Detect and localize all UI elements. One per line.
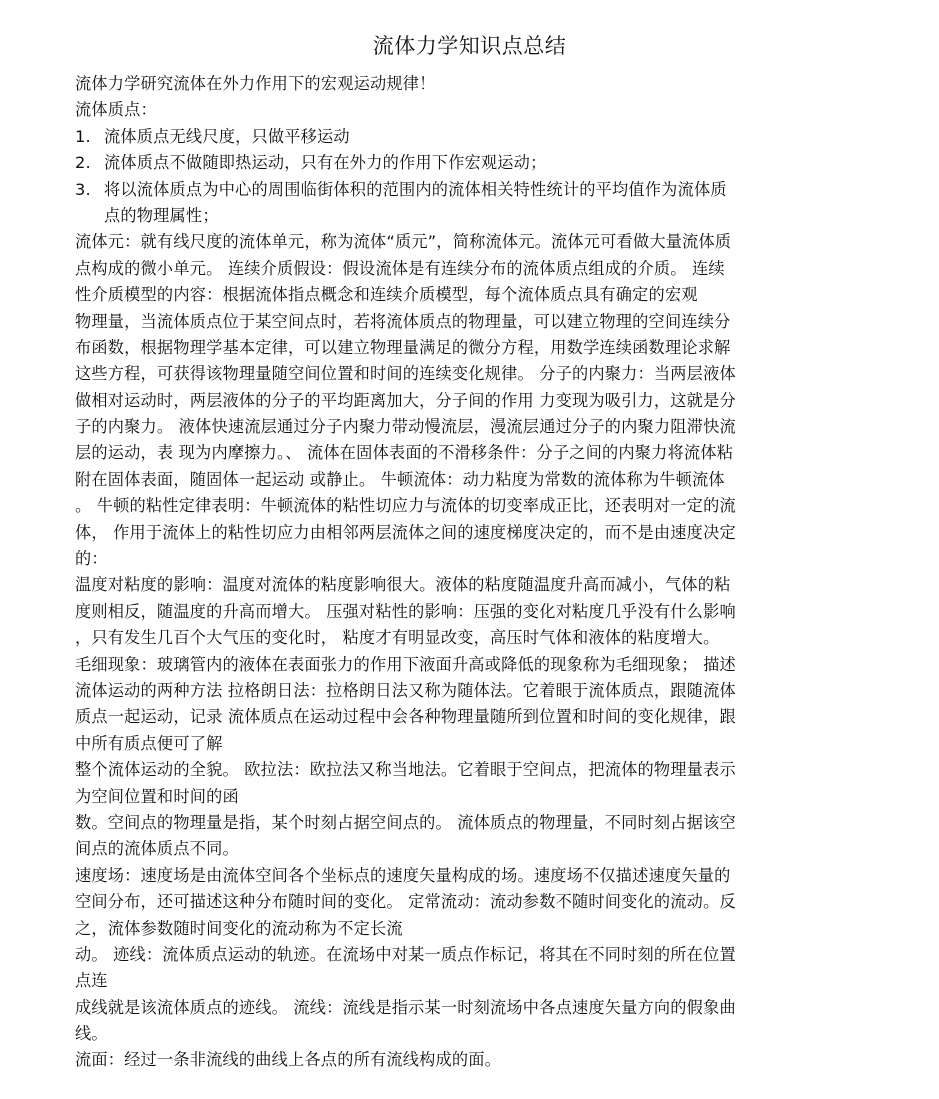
- text-line: 为空间位置和时间的函: [75, 784, 885, 810]
- text-line: 子的内聚力。 液体快速流层通过分子内聚力带动慢流层，漫流层通过分子的内聚力阻滞快…: [75, 414, 885, 440]
- text-line: 的：: [75, 546, 885, 572]
- text-line: 间点的流体质点不同。: [75, 836, 885, 862]
- text-line: 动。 迹线：流体质点运动的轨迹。在流场中对某一质点作标记，将其在不同时刻的所在位…: [75, 942, 885, 968]
- text-line: 点连: [75, 968, 885, 994]
- text-line: 质点一起运动，记录 流体质点在运动过程中会各种物理量随所到位置和时间的变化规律，…: [75, 704, 885, 730]
- text-line: 附在固体表面，随固体一起运动 或静止。 牛顿流体：动力粘度为常数的流体称为牛顿流…: [75, 467, 885, 493]
- text-line: 体， 作用于流体上的粘性切应力由相邻两层流体之间的速度梯度决定的，而不是由速度决…: [75, 520, 885, 546]
- text-line: 整个流体运动的全貌。 欧拉法：欧拉法又称当地法。它着眼于空间点，把流体的物理量表…: [75, 757, 885, 783]
- text-line: ，只有发生几百个大气压的变化时， 粘度才有明显改变，高压时气体和液体的粘度增大。: [75, 625, 885, 651]
- section-heading: 流体质点：: [75, 97, 885, 123]
- intro-line: 流体力学研究流体在外力作用下的宏观运动规律！: [75, 71, 885, 97]
- text-line: 空间分布，还可描述这种分布随时间的变化。 定常流动：流动参数不随时间变化的流动。…: [75, 889, 885, 915]
- list-text: 流体质点不做随即热运动，只有在外力的作用下作宏观运动；: [104, 150, 546, 176]
- text-line: 之，流体参数随时间变化的流动称为不定长流: [75, 916, 885, 942]
- paragraph-lines: 流体元：就有线尺度的流体单元，称为流体“质元”，简称流体元。流体元可看做大量流体…: [75, 229, 885, 1074]
- text-line: 布函数，根据物理学基本定律，可以建立物理量满足的微分方程，用数学连续函数理论求解: [75, 335, 885, 361]
- text-line: 线。: [75, 1021, 885, 1047]
- text-line: 物理量，当流体质点位于某空间点时，若将流体质点的物理量，可以建立物理的空间连续分: [75, 309, 885, 335]
- list-number: 2.: [75, 150, 104, 176]
- document-title: 流体力学知识点总结: [0, 30, 939, 60]
- text-line: 数。空间点的物理量是指，某个时刻占据空间点的。 流体质点的物理量，不同时刻占据该…: [75, 810, 885, 836]
- text-line: 。 牛顿的粘性定律表明：牛顿流体的粘性切应力与流体的切变率成正比，还表明对一定的…: [75, 493, 885, 519]
- text-line: 流面：经过一条非流线的曲线上各点的所有流线构成的面。: [75, 1047, 885, 1073]
- list-text: 将以流体质点为中心的周围临街体积的范围内的流体相关特性统计的平均值作为流体质: [104, 177, 727, 203]
- list-number: 3.: [75, 177, 104, 203]
- text-line: 中所有质点便可了解: [75, 731, 885, 757]
- text-line: 流体元：就有线尺度的流体单元，称为流体“质元”，简称流体元。流体元可看做大量流体…: [75, 229, 885, 255]
- text-line: 温度对粘度的影响：温度对流体的粘度影响很大。液体的粘度随温度升高而减小，气体的粘: [75, 572, 885, 598]
- list-item: 1. 流体质点无线尺度，只做平移运动: [75, 124, 885, 150]
- text-line: 层的运动，表 现为内摩擦力。、 流体在固体表面的不滑移条件：分子之间的内聚力将流…: [75, 440, 885, 466]
- text-line: 做相对运动时，两层液体的分子的平均距离加大，分子间的作用 力变现为吸引力，这就是…: [75, 388, 885, 414]
- text-line: 速度场：速度场是由流体空间各个坐标点的速度矢量构成的场。速度场不仅描述速度矢量的: [75, 863, 885, 889]
- list-item: 3. 将以流体质点为中心的周围临街体积的范围内的流体相关特性统计的平均值作为流体…: [75, 177, 885, 203]
- text-line: 毛细现象：玻璃管内的液体在表面张力的作用下液面升高或降低的现象称为毛细现象； 描…: [75, 652, 885, 678]
- document-body: 流体力学研究流体在外力作用下的宏观运动规律！ 流体质点： 1. 流体质点无线尺度…: [75, 71, 885, 1074]
- list-item: 2. 流体质点不做随即热运动，只有在外力的作用下作宏观运动；: [75, 150, 885, 176]
- text-line: 成线就是该流体质点的迹线。 流线：流线是指示某一时刻流场中各点速度矢量方向的假象…: [75, 995, 885, 1021]
- text-line: 性介质模型的内容：根据流体指点概念和连续介质模型，每个流体质点具有确定的宏观: [75, 282, 885, 308]
- list-text: 流体质点无线尺度，只做平移运动: [104, 124, 350, 150]
- text-line: 点构成的微小单元。 连续介质假设：假设流体是有连续分布的流体质点组成的介质。 连…: [75, 256, 885, 282]
- list-number: 1.: [75, 124, 104, 150]
- text-line: 度则相反，随温度的升高而增大。 压强对粘性的影响：压强的变化对粘度几乎没有什么影…: [75, 599, 885, 625]
- text-line: 流体运动的两种方法 拉格朗日法：拉格朗日法又称为随体法。它着眼于流体质点，跟随流…: [75, 678, 885, 704]
- text-line: 这些方程，可获得该物理量随空间位置和时间的连续变化规律。 分子的内聚力：当两层液…: [75, 361, 885, 387]
- list-item-continuation: 点的物理属性；: [75, 203, 885, 229]
